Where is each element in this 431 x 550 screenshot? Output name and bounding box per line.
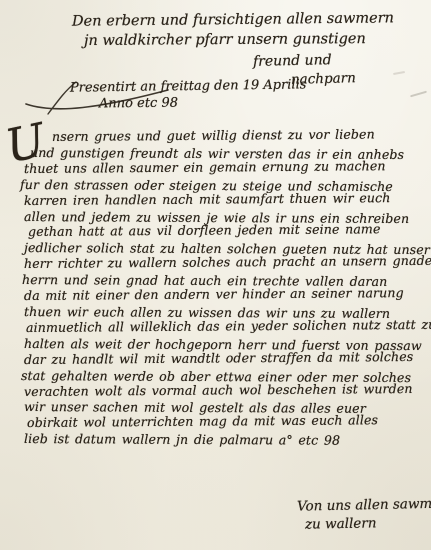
address-line: Den erbern und fursichtigen allen sawmer… xyxy=(72,10,394,29)
body-line: verachten wolt als vormal auch wol besch… xyxy=(24,380,426,399)
body-line: nsern grues und guet willig dienst zu vo… xyxy=(52,126,426,145)
manuscript-page: Den erbern und fursichtigen allen sawmer… xyxy=(0,0,431,550)
body-line: gethan hatt at aus vil dorfleen jeden mi… xyxy=(28,221,426,240)
body-line: da mit nit einer den andern ver hinder a… xyxy=(24,285,426,304)
body-line: dar zu handlt wil mit wandtlt oder straf… xyxy=(24,349,426,368)
body-line: obirkait wol unterrichten mag da mit was… xyxy=(27,412,426,431)
body-line: ainmuetlich all willeklich das ein yeder… xyxy=(26,317,426,336)
stray-pencil-mark xyxy=(393,71,405,75)
body-line: karren iren handlen nach mit saumfart th… xyxy=(24,189,426,208)
body-line: herr richter zu wallern solches auch pra… xyxy=(24,253,426,272)
body-line: thuet uns allen saumer ein gemain ernung… xyxy=(24,158,426,177)
address-line: jn waldkircher pfarr unsern gunstigen xyxy=(84,31,366,49)
signature-line: zu wallern xyxy=(305,515,377,532)
signature-line: Von uns allen sawmern xyxy=(297,495,431,514)
stray-pencil-mark xyxy=(410,91,427,98)
body-lines: nsern grues und guet willig dienst zu vo… xyxy=(24,129,426,447)
address-line: freund und xyxy=(253,52,332,70)
presentation-line: Presentirt an freittag den 19 Aprilis xyxy=(70,77,307,95)
presentation-date: Anno etc 98 xyxy=(99,96,178,112)
body-line: lieb ist datum wallern jn die palmaru a°… xyxy=(24,431,426,449)
